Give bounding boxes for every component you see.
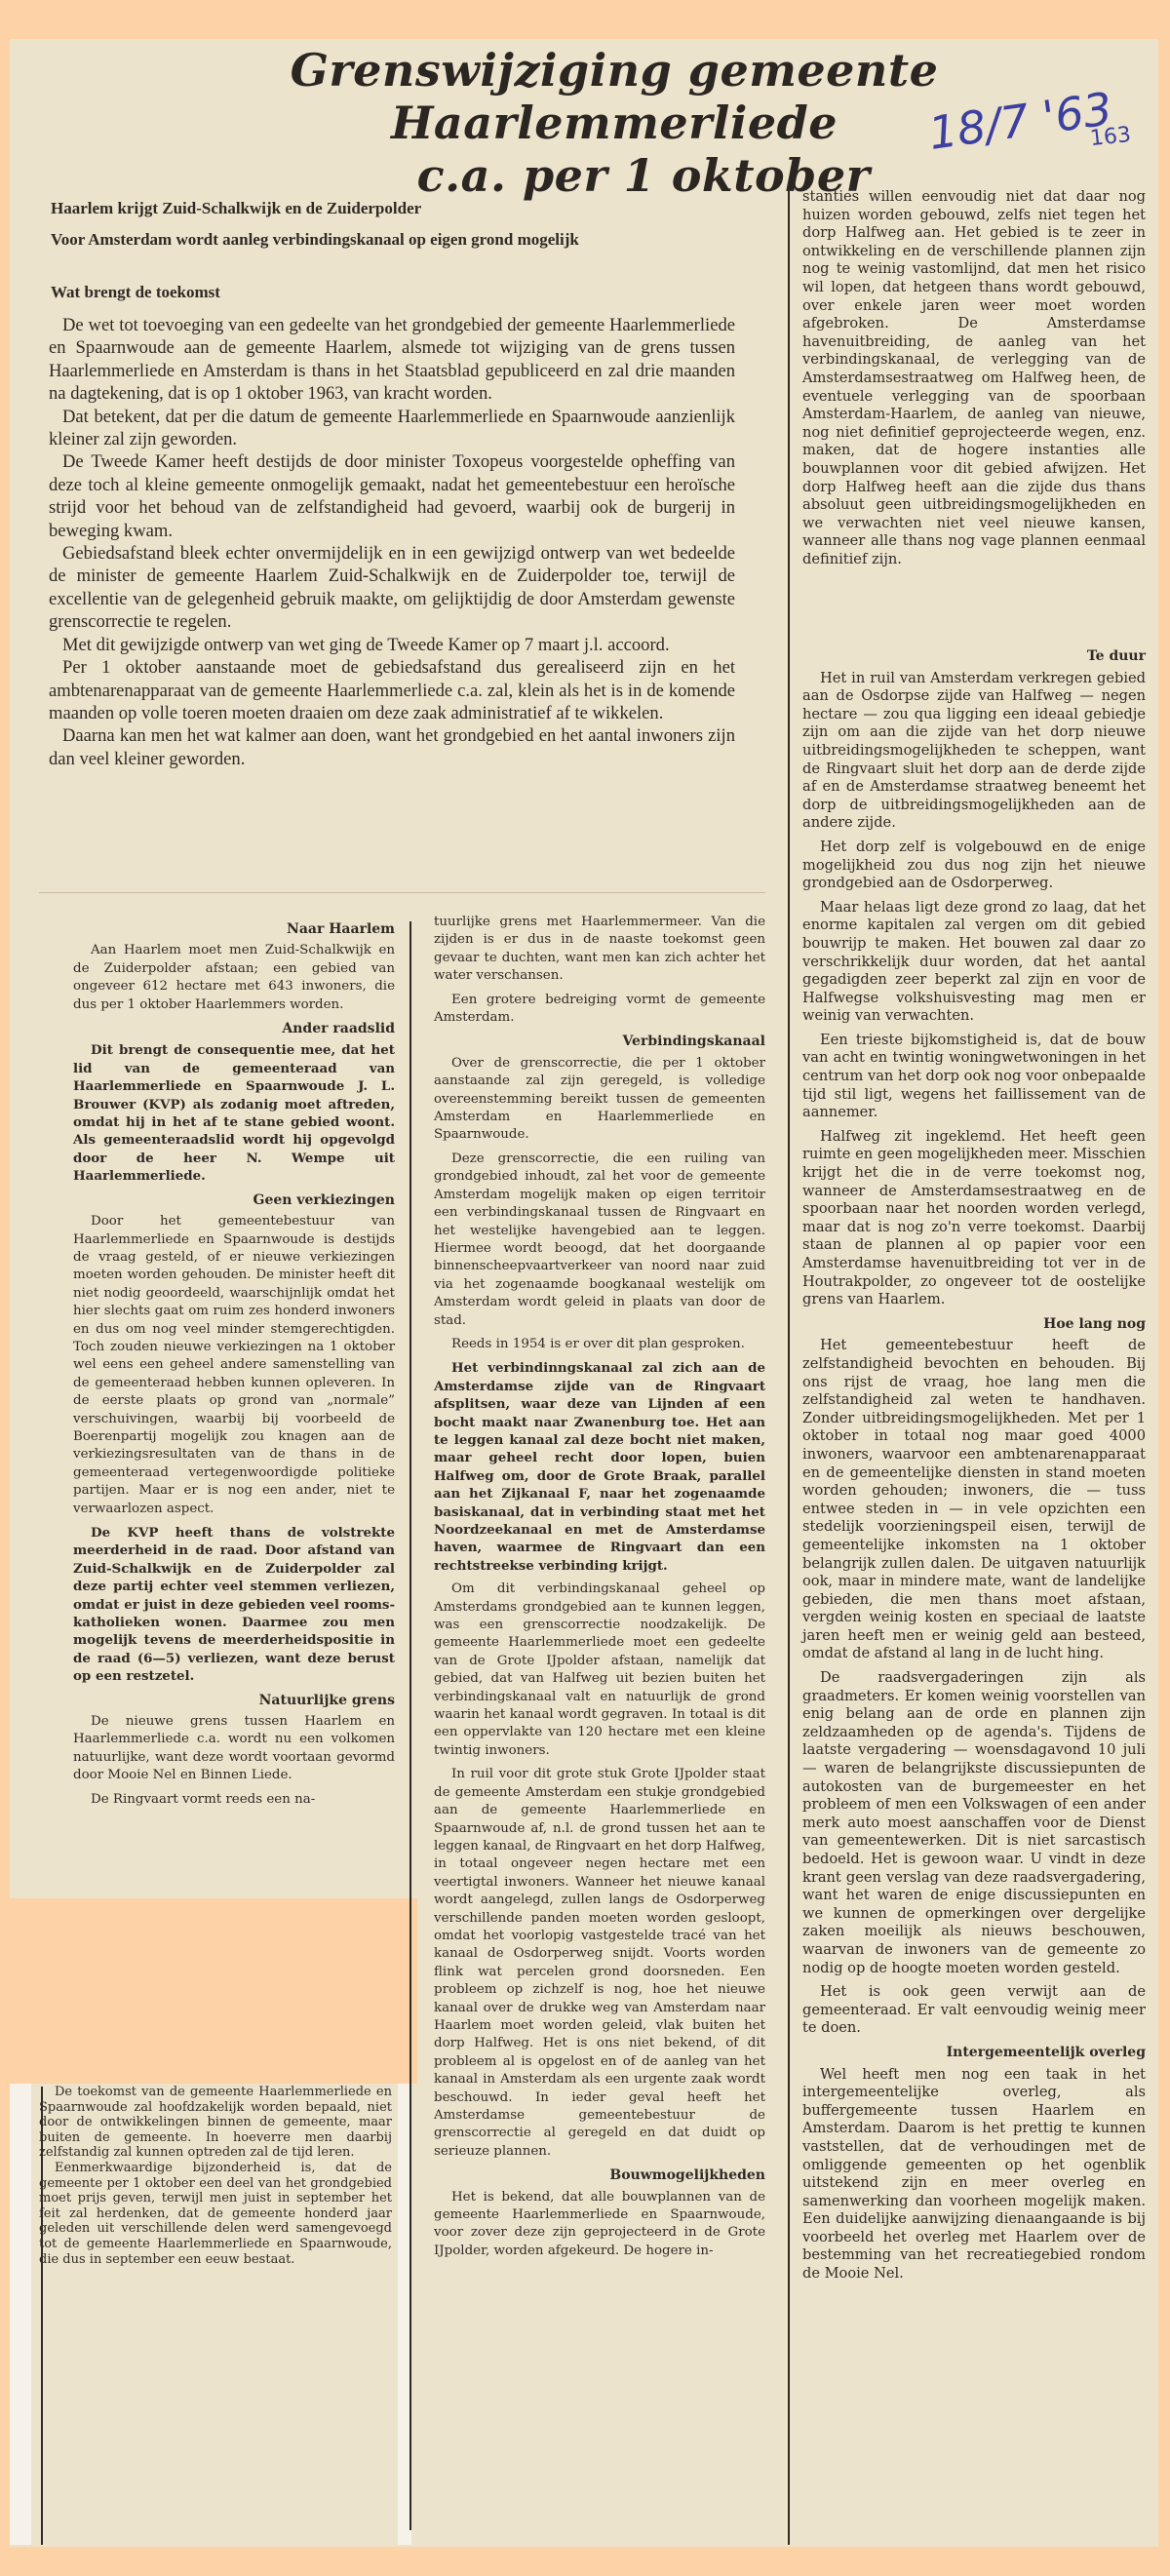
- background-strip: [0, 2547, 1170, 2576]
- intro-paragraph: Daarna kan men het wat kalmer aan doen, …: [49, 724, 735, 770]
- paragraph: De Ringvaart vormt reeds een na-: [73, 1791, 395, 1809]
- paragraph: Het is ook geen verwijt aan de gemeenter…: [802, 1983, 1146, 2038]
- paragraph: Een grotere bedreiging vormt de gemeente…: [434, 992, 765, 1028]
- paragraph: De raadsvergaderingen zijn als graadmete…: [802, 1669, 1146, 1977]
- column-left-bottom: De toekomst van de gemeente Haarlemmerli…: [39, 2085, 392, 2267]
- paragraph: tuurlijke grens met Haarlemmermeer. Van …: [434, 914, 765, 986]
- subheading-3: Wat brengt de toekomst: [51, 279, 733, 306]
- column-rule: [409, 921, 411, 2530]
- paper-edge: [10, 2083, 31, 2545]
- divider: [39, 892, 765, 893]
- paragraph: Door het gemeentebestuur van Haarlemmerl…: [73, 1213, 395, 1518]
- paragraph: Het gemeentebestuur heeft de zelfstandig…: [802, 1337, 1146, 1663]
- intro-paragraph: Met dit gewijzigde ontwerp van wet ging …: [49, 634, 735, 656]
- paragraph: Dit brengt de consequentie mee, dat het …: [73, 1041, 395, 1185]
- paragraph: Om dit verbindingskanaal geheel op Amste…: [434, 1581, 765, 1760]
- paragraph: Wel heeft men nog een taak in het interg…: [802, 2066, 1146, 2283]
- paragraph: In ruil voor dit grote stuk Grote IJpold…: [434, 1766, 765, 2161]
- intro-paragraph: De wet tot toevoeging van een gedeelte v…: [49, 314, 735, 406]
- paragraph: Halfweg zit ingeklemd. Het heeft geen ru…: [802, 1128, 1146, 1309]
- section-heading: Ander raadslid: [73, 1020, 395, 1037]
- column-rule: [788, 185, 790, 2545]
- column-right: Te duurHet in ruil van Amsterdam verkreg…: [802, 644, 1146, 2289]
- section-heading: Natuurlijke grens: [73, 1692, 395, 1709]
- intro-paragraph: De Tweede Kamer heeft destijds de door m…: [49, 450, 735, 542]
- column-middle: tuurlijke grens met Haarlemmermeer. Van …: [434, 914, 765, 2266]
- section-heading: Intergemeentelijk overleg: [802, 2044, 1146, 2062]
- paragraph: Eenmerkwaardige bijzonderheid is, dat de…: [39, 2161, 392, 2267]
- paragraph: Het dorp zelf is volgebouwd en de enige …: [802, 839, 1146, 893]
- column-left: Naar HaarlemAan Haarlem moet men Zuid-Sc…: [73, 917, 395, 1815]
- handwritten-page-number: 163: [1089, 123, 1132, 151]
- paragraph: Het is bekend, dat alle bouwplannen van …: [434, 2189, 765, 2261]
- paragraph: Maar helaas ligt deze grond zo laag, dat…: [802, 899, 1146, 1026]
- section-heading: Bouwmogelijkheden: [434, 2166, 765, 2184]
- intro-paragraph: Dat betekent, dat per die datum de gemee…: [49, 406, 735, 451]
- paragraph: stanties willen eenvoudig niet dat daar …: [802, 188, 1146, 568]
- background-gap: [8, 1898, 417, 2084]
- paragraph: De toekomst van de gemeente Haarlemmerli…: [39, 2085, 392, 2161]
- subheading-1: Haarlem krijgt Zuid-Schalkwijk en de Zui…: [51, 195, 733, 222]
- paragraph: Een trieste bijkomstigheid is, dat de bo…: [802, 1032, 1146, 1122]
- headline-line-1: Grenswijziging gemeente Haarlemmerliede: [291, 44, 939, 149]
- background-gap: [1158, 2213, 1170, 2576]
- paragraph: De nieuwe grens tussen Haarlem en Haarle…: [73, 1713, 395, 1785]
- intro-paragraph: Gebiedsafstand bleek echter onvermijdeli…: [49, 542, 735, 634]
- intro-paragraph: Per 1 oktober aanstaande moet de gebieds…: [49, 656, 735, 724]
- section-heading: Naar Haarlem: [73, 920, 395, 938]
- paragraph: Het in ruil van Amsterdam verkregen gebi…: [802, 670, 1146, 833]
- paragraph: Reeds in 1954 is er over dit plan gespro…: [434, 1336, 765, 1353]
- section-heading: Hoe lang nog: [802, 1315, 1146, 1334]
- section-heading: Verbindingskanaal: [434, 1033, 765, 1050]
- section-heading: Geen verkiezingen: [73, 1191, 395, 1209]
- column-right-top: stanties willen eenvoudig niet dat daar …: [802, 188, 1146, 574]
- paragraph: Over de grenscorrectie, die per 1 oktobe…: [434, 1055, 765, 1145]
- paragraph: Deze grenscorrectie, die een ruiling van…: [434, 1151, 765, 1330]
- paragraph: Het verbindinngskanaal zal zich aan de A…: [434, 1359, 765, 1575]
- section-heading: Te duur: [802, 647, 1146, 666]
- subheading-2: Voor Amsterdam wordt aanleg verbindingsk…: [51, 226, 733, 254]
- intro-text: De wet tot toevoeging van een gedeelte v…: [49, 314, 735, 770]
- paragraph: Aan Haarlem moet men Zuid-Schalkwijk en …: [73, 942, 395, 1014]
- paragraph: De KVP heeft thans de volstrekte meerder…: [73, 1524, 395, 1686]
